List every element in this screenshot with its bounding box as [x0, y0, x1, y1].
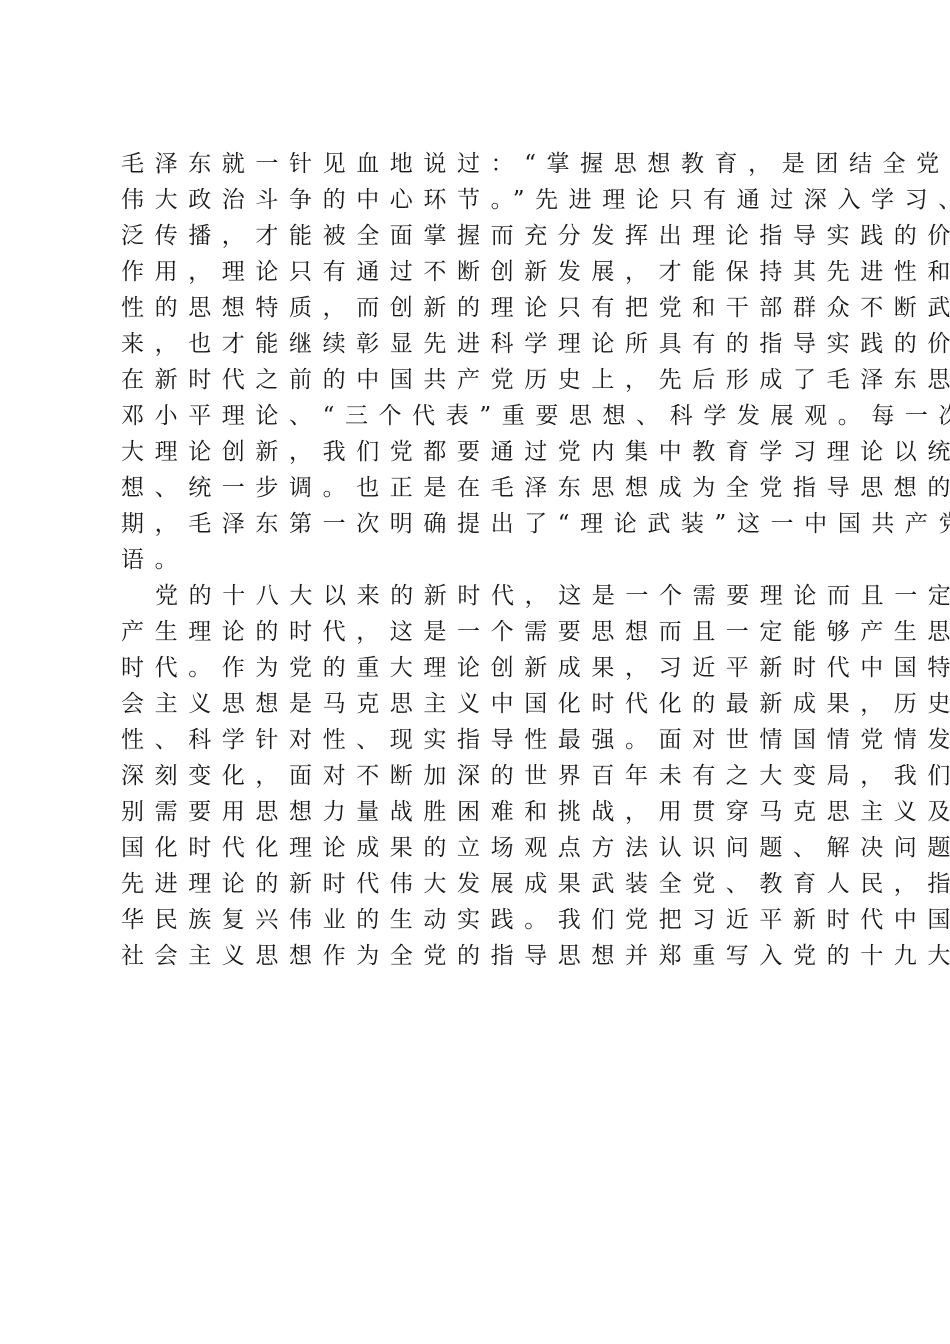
text-line: 在新时代之前的中国共产党历史上，先后形成了毛泽东思想、	[121, 362, 841, 398]
text-line: 时代。作为党的重大理论创新成果，习近平新时代中国特色社	[121, 650, 841, 686]
text-line: 国化时代化理论成果的立场观点方法认识问题、解决问题，用	[121, 830, 841, 866]
text-line: 社会主义思想作为全党的指导思想并郑重写入党的十九大党章，	[121, 938, 841, 974]
text-line: 期，毛泽东第一次明确提出了“理论武装”这一中国共产党话	[121, 506, 841, 542]
text-line: 来，也才能继续彰显先进科学理论所具有的指导实践的价值。	[121, 326, 841, 362]
text-line: 邓小平理论、“三个代表”重要思想、科学发展观。每一次重	[121, 398, 841, 434]
document-page: 毛泽东就一针见血地说过：“掌握思想教育，是团结全党进行 伟大政治斗争的中心环节。…	[121, 146, 841, 974]
paragraph-2: 党的十八大以来的新时代，这是一个需要理论而且一定能够 产生理论的时代，这是一个需…	[121, 578, 841, 974]
text-line: 泛传播，才能被全面掌握而充分发挥出理论指导实践的价值和	[121, 218, 841, 254]
paragraph-1: 毛泽东就一针见血地说过：“掌握思想教育，是团结全党进行 伟大政治斗争的中心环节。…	[121, 146, 841, 578]
text-line: 会主义思想是马克思主义中国化时代化的最新成果，历史发展	[121, 686, 841, 722]
text-line: 大理论创新，我们党都要通过党内集中教育学习理论以统一思	[121, 434, 841, 470]
text-line: 毛泽东就一针见血地说过：“掌握思想教育，是团结全党进行	[121, 146, 841, 182]
text-line: 伟大政治斗争的中心环节。”先进理论只有通过深入学习、广	[121, 182, 841, 218]
text-line: 深刻变化，面对不断加深的世界百年未有之大变局，我们党特	[121, 758, 841, 794]
text-line: 语。	[121, 542, 841, 578]
text-line: 别需要用思想力量战胜困难和挑战，用贯穿马克思主义及其中	[121, 794, 841, 830]
text-line: 想、统一步调。也正是在毛泽东思想成为全党指导思想的 xx 时	[121, 470, 841, 506]
text-line: 性的思想特质，而创新的理论只有把党和干部群众不断武装起	[121, 290, 841, 326]
text-line: 作用，理论只有通过不断创新发展，才能保持其先进性和科学	[121, 254, 841, 290]
text-line: 先进理论的新时代伟大发展成果武装全党、教育人民，指导中	[121, 866, 841, 902]
text-line: 华民族复兴伟业的生动实践。我们党把习近平新时代中国特色	[121, 902, 841, 938]
text-line-indented: 党的十八大以来的新时代，这是一个需要理论而且一定能够	[121, 578, 841, 614]
text-line: 性、科学针对性、现实指导性最强。面对世情国情党情发生的	[121, 722, 841, 758]
text-line: 产生理论的时代，这是一个需要思想而且一定能够产生思想的	[121, 614, 841, 650]
